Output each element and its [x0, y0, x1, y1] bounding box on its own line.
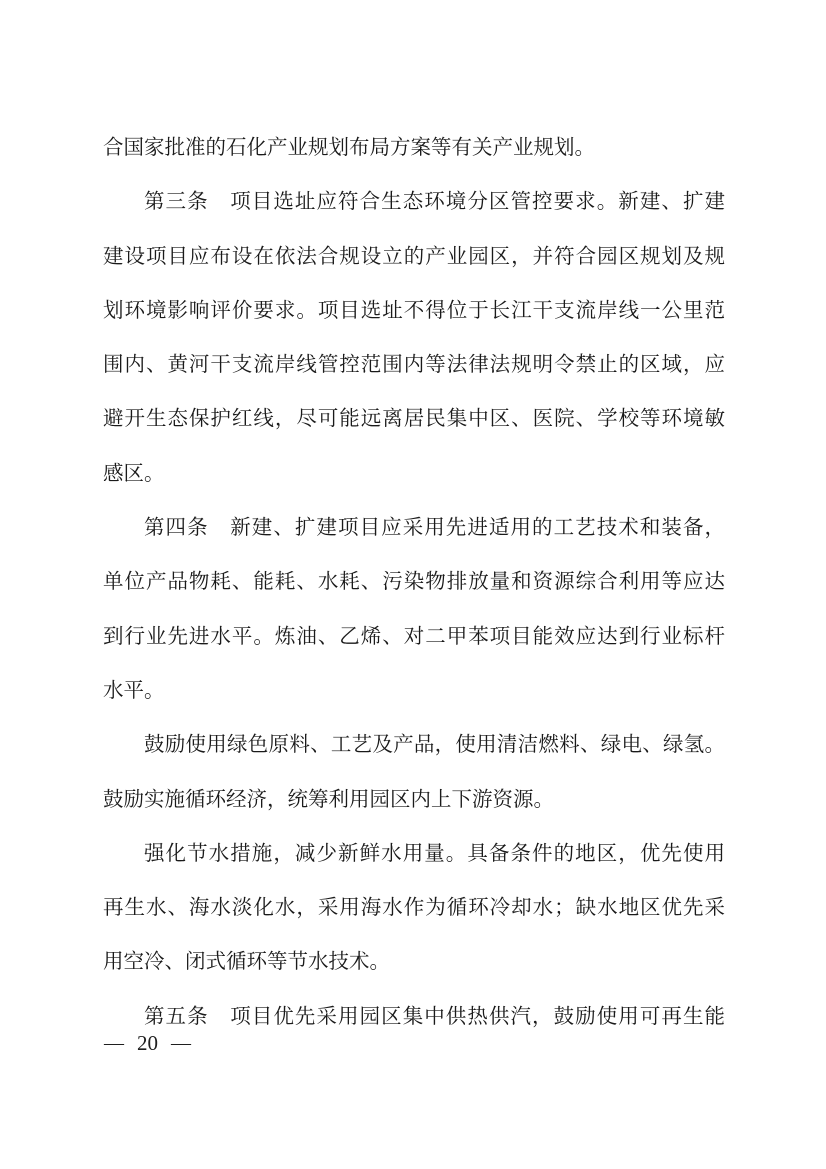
- text-line: 鼓励使用绿色原料、工艺及产品，使用清洁燃料、绿电、绿氢。: [103, 718, 725, 772]
- text-line: 到行业先进水平。炼油、乙烯、对二甲苯项目能效应达到行业标杆: [103, 610, 725, 664]
- text-line: 感区。: [103, 447, 725, 501]
- text-line: 第三条 项目选址应符合生态环境分区管控要求。新建、扩建: [103, 175, 725, 229]
- text-line: 第四条 新建、扩建项目应采用先进适用的工艺技术和装备，: [103, 501, 725, 555]
- text-line: 合国家批准的石化产业规划布局方案等有关产业规划。: [103, 121, 725, 175]
- text-line: 划环境影响评价要求。项目选址不得位于长江干支流岸线一公里范: [103, 284, 725, 338]
- document-page: 合国家批准的石化产业规划布局方案等有关产业规划。第三条 项目选址应符合生态环境分…: [0, 0, 826, 1169]
- page-footer: — 20 —: [104, 1029, 191, 1057]
- text-line: 再生水、海水淡化水，采用海水作为循环冷却水；缺水地区优先采: [103, 881, 725, 935]
- text-line: 水平。: [103, 664, 725, 718]
- footer-dash-right: —: [171, 1032, 191, 1055]
- text-line: 用空冷、闭式循环等节水技术。: [103, 935, 725, 989]
- text-line: 鼓励实施循环经济，统筹利用园区内上下游资源。: [103, 773, 725, 827]
- footer-dash-left: —: [104, 1032, 124, 1055]
- text-line: 第五条 项目优先采用园区集中供热供汽，鼓励使用可再生能: [103, 990, 725, 1044]
- text-line: 避开生态保护红线，尽可能远离居民集中区、医院、学校等环境敏: [103, 392, 725, 446]
- document-body: 合国家批准的石化产业规划布局方案等有关产业规划。第三条 项目选址应符合生态环境分…: [103, 121, 725, 1044]
- text-line: 强化节水措施，减少新鲜水用量。具备条件的地区，优先使用: [103, 827, 725, 881]
- footer-page-number: 20: [137, 1031, 158, 1056]
- text-line: 单位产品物耗、能耗、水耗、污染物排放量和资源综合利用等应达: [103, 555, 725, 609]
- text-line: 建设项目应布设在依法合规设立的产业园区，并符合园区规划及规: [103, 230, 725, 284]
- text-line: 围内、黄河干支流岸线管控范围内等法律法规明令禁止的区域，应: [103, 338, 725, 392]
